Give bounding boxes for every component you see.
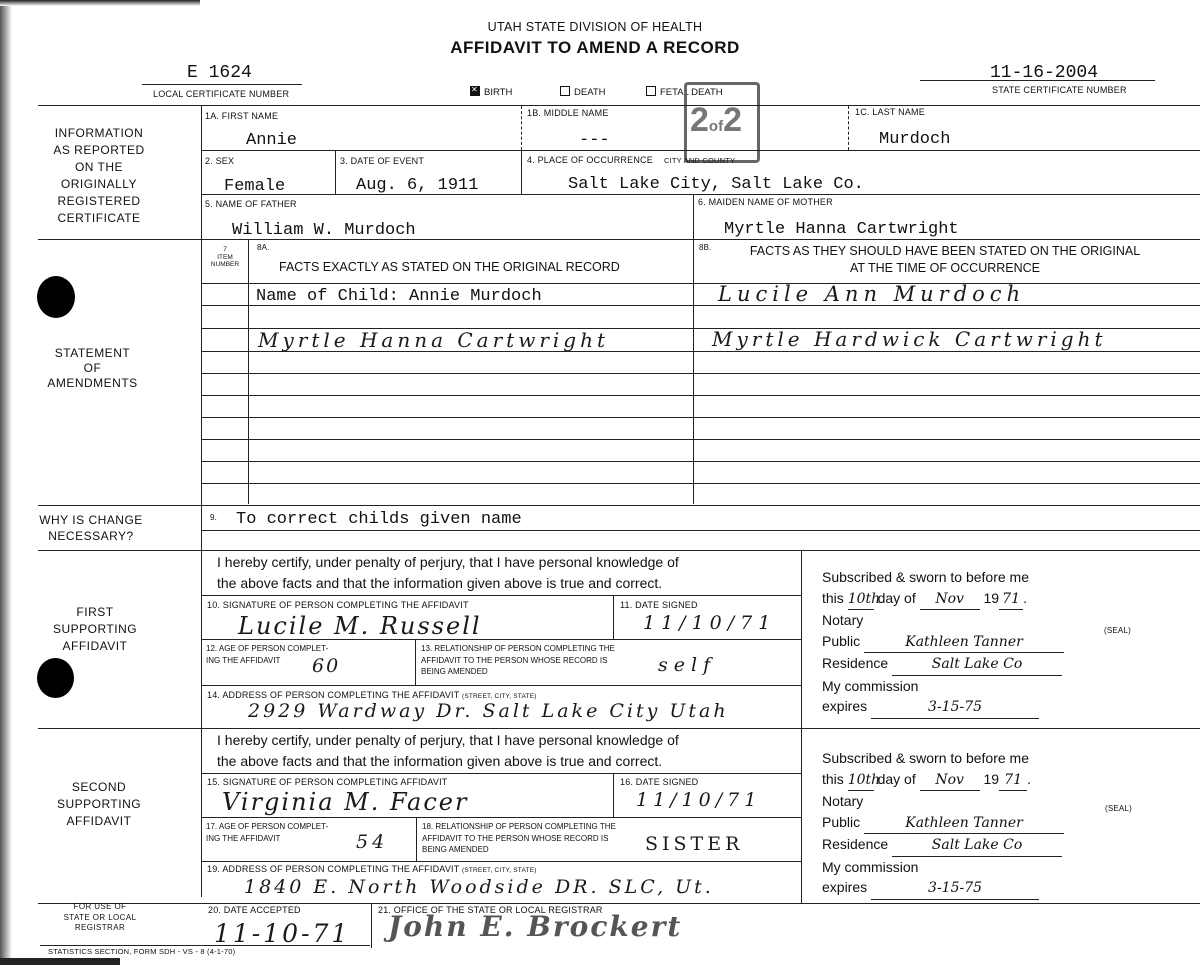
field-label: 2. SEX (205, 156, 234, 166)
page-title: AFFIDAVIT TO AMEND A RECORD (0, 38, 1190, 58)
divider (693, 194, 694, 504)
field-label: 1B. MIDDLE NAME (527, 108, 609, 118)
divider (613, 773, 614, 817)
divider (38, 105, 1200, 106)
first-date-signed: 11/10/71 (643, 612, 776, 634)
divider (201, 685, 801, 686)
certify-statement: I hereby certify, under penalty of perju… (217, 730, 679, 772)
local-certificate-number: E 1624 (187, 63, 252, 83)
record-type-label: DEATH (574, 87, 606, 98)
stamp-page: 2 (690, 101, 709, 139)
divider (248, 239, 249, 504)
amendment-row-original: Name of Child: Annie Murdoch (256, 287, 542, 306)
second-notary-block: Subscribed & sworn to before me this 10t… (822, 748, 1064, 900)
punch-hole (37, 658, 74, 698)
divider (801, 550, 802, 728)
second-relationship: SISTER (645, 833, 743, 855)
col-8a-num: 8A. (257, 243, 270, 252)
form-identifier: STATISTICS SECTION, FORM SDH - VS - 8 (4… (48, 947, 235, 956)
field-label: 3. DATE OF EVENT (340, 156, 424, 166)
field-label: 19. ADDRESS OF PERSON COMPLETING THE AFF… (207, 864, 537, 874)
divider (521, 106, 522, 150)
first-relationship: self (658, 654, 716, 676)
divider (38, 903, 1200, 904)
field-label: 5. NAME OF FATHER (205, 199, 297, 209)
divider (201, 194, 1200, 195)
date-accepted-value: 11-10-71 (214, 919, 350, 948)
divider (201, 150, 1200, 151)
field-label: 12. AGE OF PERSON COMPLET-ING THE AFFIDA… (206, 643, 328, 667)
agency-name: UTAH STATE DIVISION OF HEALTH (0, 20, 1190, 34)
divider (201, 417, 1200, 418)
field-label: 11. DATE SIGNED (620, 600, 698, 610)
divider (201, 530, 1200, 531)
record-type-death[interactable]: DEATH (560, 86, 606, 98)
section-label-first-affidavit: FIRSTSUPPORTINGAFFIDAVIT (40, 604, 150, 655)
divider (920, 80, 1155, 81)
field-sublabel: CITY AND COUNTY (664, 156, 735, 165)
divider (201, 395, 1200, 396)
field-label: 14. ADDRESS OF PERSON COMPLETING THE AFF… (207, 690, 537, 700)
divider (201, 773, 801, 774)
amendment-row-corrected: Lucile Ann Murdoch (718, 282, 1025, 306)
registrar-signature: John E. Brockert (388, 910, 682, 943)
first-signature: Lucile M. Russell (238, 612, 482, 640)
stamp-of: of (709, 118, 723, 135)
field-label: 15. SIGNATURE OF PERSON COMPLETING AFFID… (207, 777, 448, 787)
reason-value: To correct childs given name (236, 510, 522, 529)
divider (613, 595, 614, 639)
record-type-label: BIRTH (484, 87, 512, 98)
divider (40, 945, 370, 946)
field-label: 1A. FIRST NAME (205, 111, 278, 121)
field-label: 4. PLACE OF OCCURRENCE (527, 155, 653, 165)
section-label-registrar: FOR USE OFSTATE OR LOCALREGISTRAR (40, 902, 160, 934)
divider (201, 439, 1200, 440)
col-8b-header: FACTS AS THEY SHOULD HAVE BEEN STATED ON… (700, 243, 1190, 277)
divider (335, 150, 336, 194)
stamp-total: 2 (723, 101, 742, 139)
notary-seal-label: (SEAL) (1105, 804, 1132, 813)
divider (848, 106, 849, 150)
local-certificate-label: LOCAL CERTIFICATE NUMBER (153, 89, 289, 99)
first-name-value: Annie (246, 131, 297, 150)
second-age: 54 (356, 831, 388, 853)
last-name-value: Murdoch (879, 130, 950, 149)
second-date-signed: 11/10/71 (636, 789, 761, 811)
first-age: 60 (312, 655, 340, 677)
state-certificate-label: STATE CERTIFICATE NUMBER (992, 85, 1127, 95)
record-type-birth[interactable]: BIRTH (470, 86, 512, 98)
middle-name-value: --- (579, 131, 610, 150)
amendment-row-original: Myrtle Hanna Cartwright (258, 328, 609, 352)
field-label: 18. RELATIONSHIP OF PERSON COMPLETING TH… (422, 821, 616, 856)
first-address: 2929 Wardway Dr. Salt Lake City Utah (248, 700, 729, 722)
section-label-amendments: STATEMENTOFAMENDMENTS (40, 346, 145, 391)
divider (201, 461, 1200, 462)
divider (416, 817, 417, 861)
place-of-occurrence-value: Salt Lake City, Salt Lake Co. (568, 175, 864, 194)
reason-num: 9. (210, 513, 217, 522)
first-notary-block: Subscribed & sworn to before me this 10t… (822, 567, 1064, 719)
divider (38, 505, 1200, 506)
divider (201, 595, 801, 596)
scan-edge (0, 0, 12, 965)
checkbox-empty-icon (646, 86, 656, 96)
second-signature: Virginia M. Facer (222, 788, 468, 816)
field-label: 16. DATE SIGNED (620, 777, 698, 787)
col-8a-header: FACTS EXACTLY AS STATED ON THE ORIGINAL … (279, 260, 620, 274)
divider (201, 105, 202, 897)
section-label-second-affidavit: SECONDSUPPORTINGAFFIDAVIT (40, 779, 158, 830)
field-label: 20. DATE ACCEPTED (208, 905, 301, 915)
punch-hole (37, 276, 75, 318)
section-label-original-info: INFORMATIONAS REPORTEDON THEORIGINALLYRE… (40, 125, 158, 227)
second-address: 1840 E. North Woodside DR. SLC, Ut. (244, 876, 714, 898)
father-name-value: William W. Murdoch (232, 221, 416, 240)
divider (201, 283, 1200, 284)
certify-statement: I hereby certify, under penalty of perju… (217, 552, 679, 594)
item-number-header: 7 ITEM NUMBER (203, 246, 247, 269)
divider (415, 639, 416, 685)
amendment-row-corrected: Myrtle Hardwick Cartwright (712, 327, 1107, 351)
divider (38, 728, 1200, 729)
date-of-event-value: Aug. 6, 1911 (356, 176, 478, 195)
field-label: 1C. LAST NAME (855, 107, 925, 117)
notary-seal-label: (SEAL) (1104, 626, 1131, 635)
field-label: 10. SIGNATURE OF PERSON COMPLETING THE A… (207, 600, 469, 610)
divider (201, 373, 1200, 374)
divider (201, 861, 801, 862)
divider (371, 903, 372, 948)
field-label: 13. RELATIONSHIP OF PERSON COMPLETING TH… (421, 643, 615, 678)
divider (201, 483, 1200, 484)
divider (38, 239, 1200, 240)
field-label: 17. AGE OF PERSON COMPLET-ING THE AFFIDA… (206, 821, 328, 845)
divider (201, 817, 801, 818)
divider (521, 150, 522, 194)
divider (201, 639, 801, 640)
scan-shadow-top (0, 0, 200, 6)
divider (38, 550, 1200, 551)
checkbox-checked-icon (470, 86, 480, 96)
divider (142, 84, 302, 85)
scan-shadow-bottom (0, 958, 120, 965)
mother-name-value: Myrtle Hanna Cartwright (724, 220, 959, 239)
section-label-reason: WHY IS CHANGENECESSARY? (36, 512, 146, 544)
checkbox-empty-icon (560, 86, 570, 96)
field-label: 6. MAIDEN NAME OF MOTHER (698, 197, 833, 207)
divider (801, 728, 802, 903)
